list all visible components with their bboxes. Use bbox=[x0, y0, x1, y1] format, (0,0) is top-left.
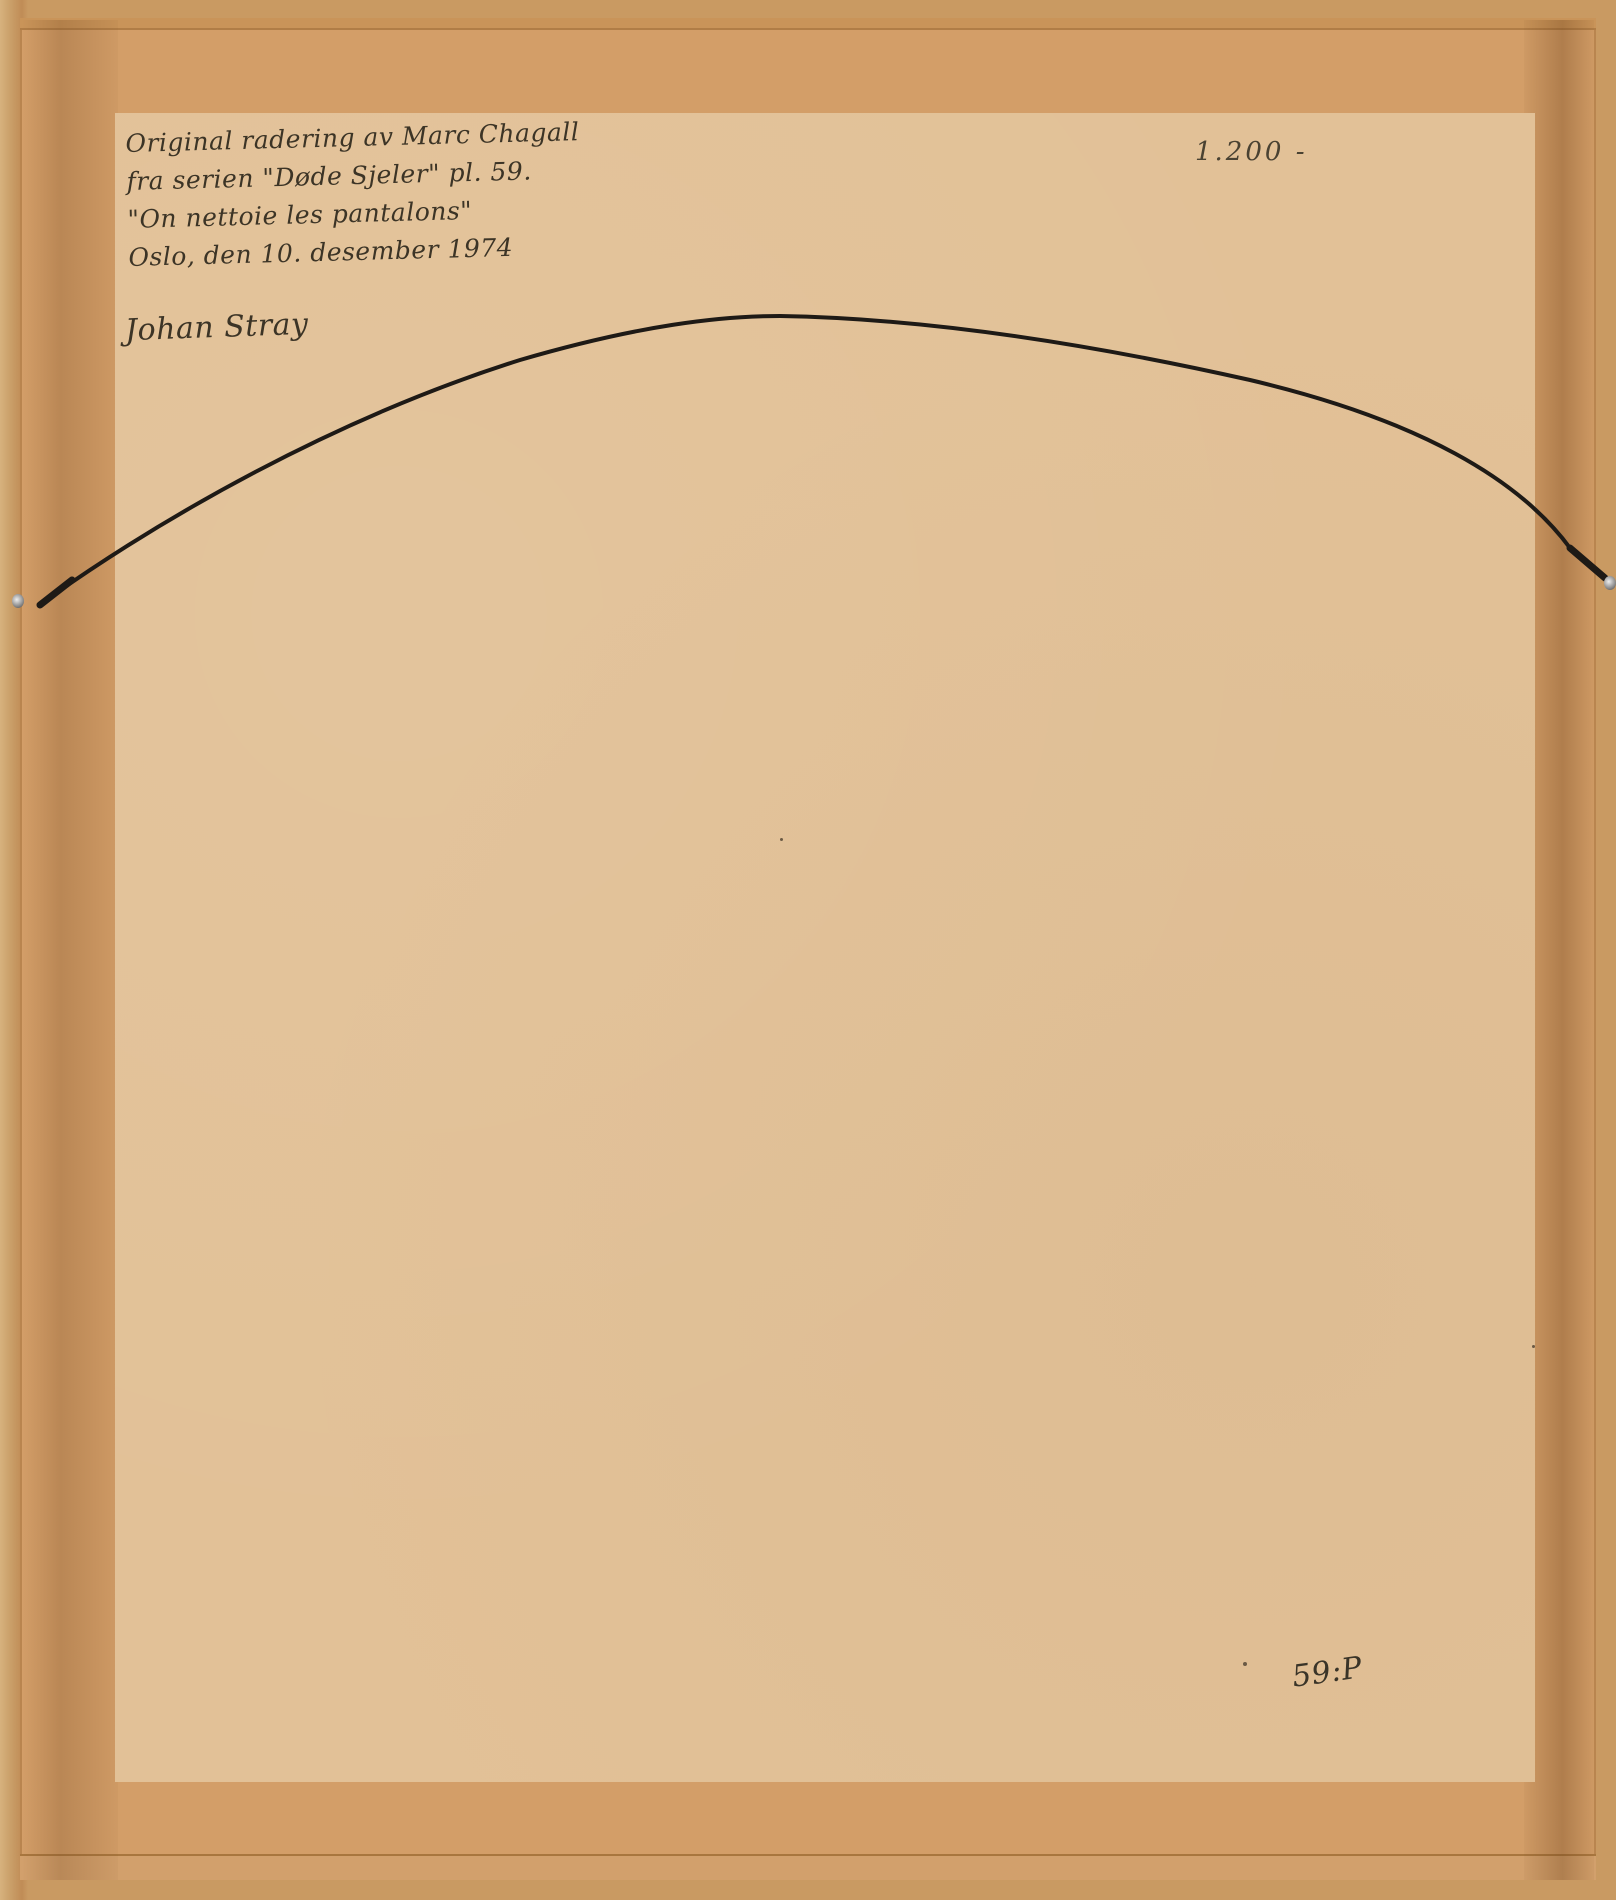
tape-top-edge bbox=[20, 18, 1596, 30]
tape-bottom-edge bbox=[20, 1854, 1596, 1880]
screw-eye-left-icon bbox=[12, 594, 24, 608]
paper-speck bbox=[1243, 1662, 1247, 1666]
backing-board bbox=[115, 113, 1535, 1782]
price-note: 1.200 - bbox=[1195, 137, 1307, 167]
screw-eye-right-icon bbox=[1604, 576, 1616, 590]
signature: Johan Stray bbox=[124, 307, 309, 348]
tape-fold-left bbox=[22, 20, 118, 1880]
paper-speck bbox=[1532, 1345, 1535, 1348]
handwritten-inscription: Original radering av Marc Chagall fra se… bbox=[125, 113, 583, 277]
paper-speck bbox=[780, 838, 783, 841]
